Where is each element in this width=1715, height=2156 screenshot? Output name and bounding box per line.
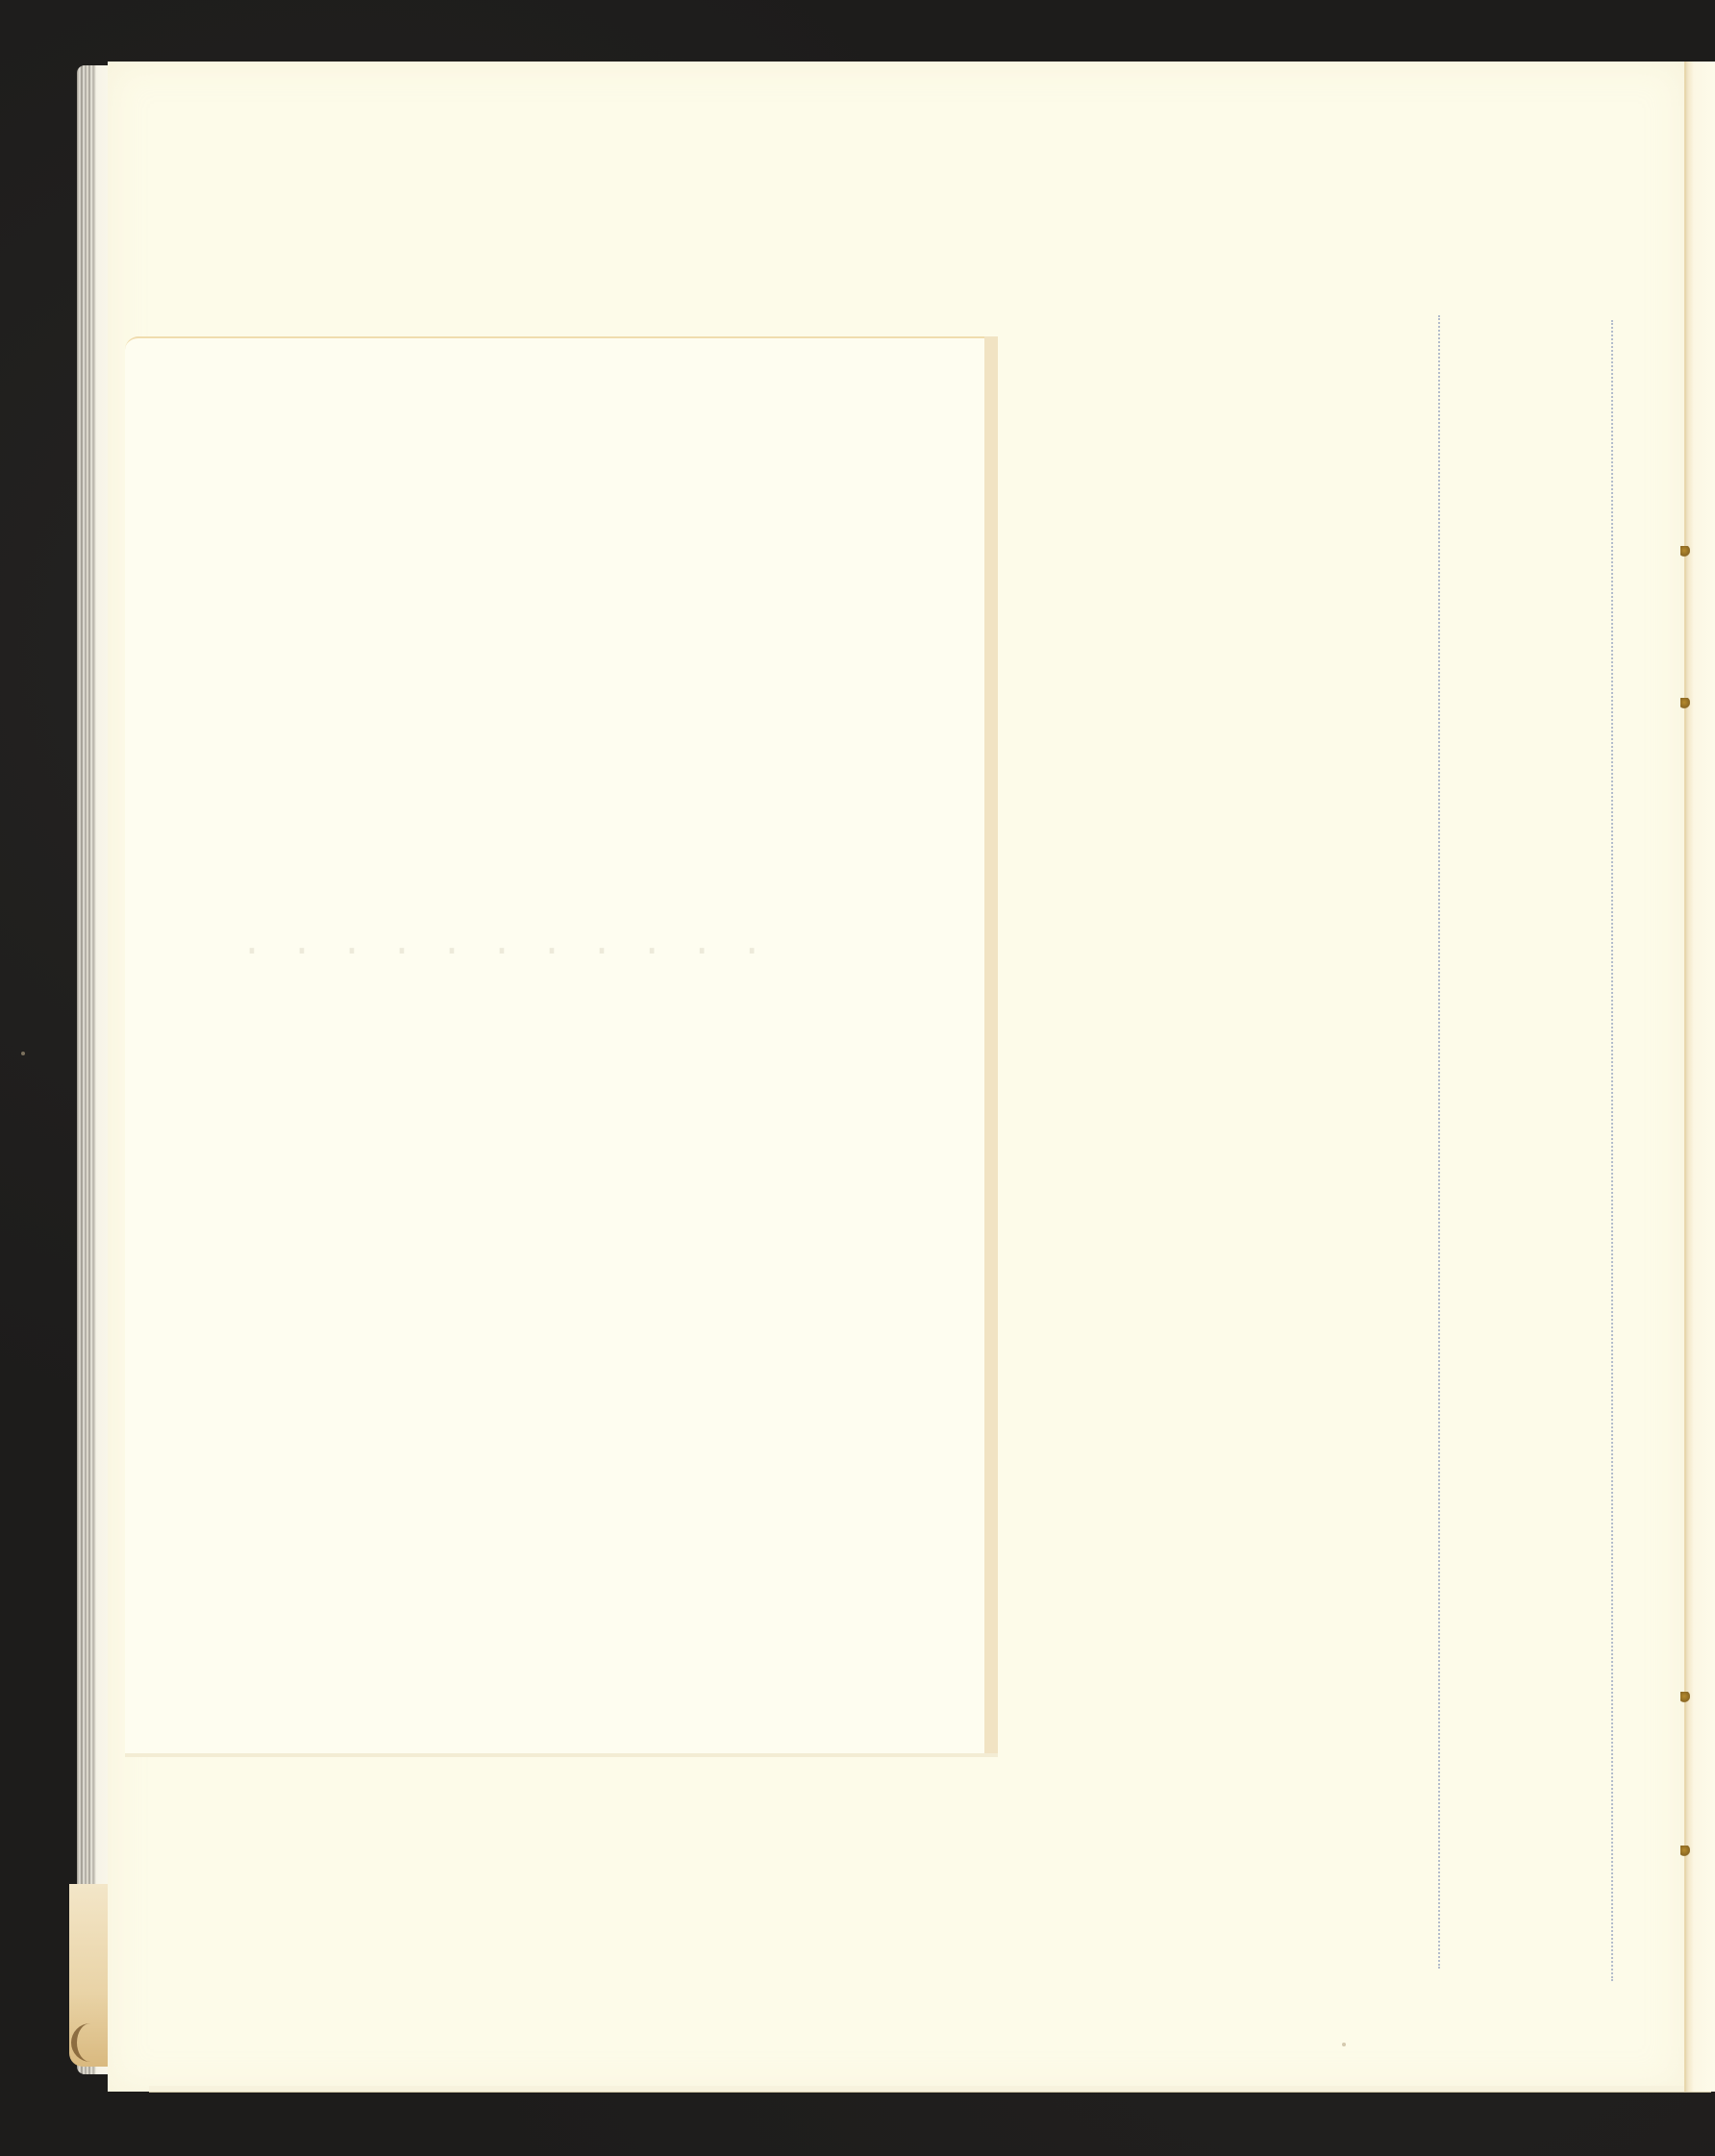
binding-gutter [1686,62,1715,2092]
binding-fold-line [1684,62,1686,2092]
speck [1342,2043,1346,2046]
ghost-text: . . . . . . . . . . . [240,923,765,966]
binding-stitch [1680,1692,1690,1703]
mirrored-typed-text: . . . . . . . . . . . IESSUNG. den 25.Au… [125,336,986,1755]
page-bottom-edge [149,2086,1711,2093]
binding-stitch [1680,546,1690,558]
binding-stitch [1680,698,1690,709]
binding-stitch [1680,1846,1690,1857]
corner-stain [71,2023,106,2062]
ruled-column-line-left [1438,315,1440,1969]
speck [21,1052,25,1055]
ruled-column-line-right [1611,320,1613,1981]
page-stack-edge [77,65,112,2074]
sheet-right-edge [984,336,998,1755]
